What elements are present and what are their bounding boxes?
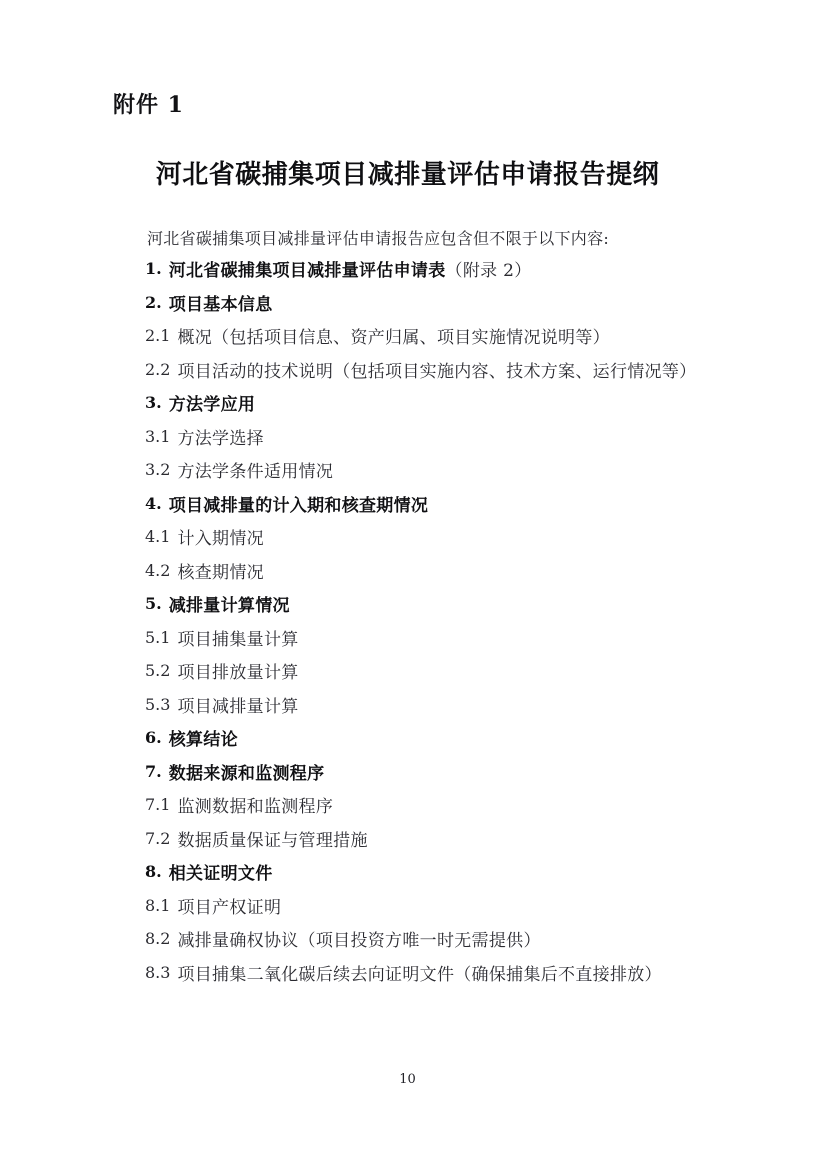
outline-item-number: 1. (145, 259, 162, 278)
outline-item-text: 方法学条件适用情况 (177, 457, 333, 482)
outline-item: 8.2 减排量确权协议（项目投资方唯一时无需提供） (145, 922, 755, 956)
outline-item: 5.3 项目减排量计算 (145, 688, 755, 722)
outline-item: 2.1 概况（包括项目信息、资产归属、项目实施情况说明等） (145, 319, 755, 353)
outline-list: 1. 河北省碳捕集项目减排量评估申请表 （附录 2） 2. 项目基本信息 2.1… (145, 252, 755, 989)
outline-item: 2. 项目基本信息 (145, 286, 755, 320)
outline-item-text: 相关证明文件 (169, 859, 273, 884)
outline-item-number: 5.2 (145, 661, 170, 680)
outline-item-number: 4. (145, 494, 162, 513)
outline-item: 4. 项目减排量的计入期和核查期情况 (145, 487, 755, 521)
outline-item: 5.1 项目捕集量计算 (145, 621, 755, 655)
outline-item-number: 4.2 (145, 561, 170, 580)
outline-item: 7.2 数据质量保证与管理措施 (145, 822, 755, 856)
outline-item-number: 3.2 (145, 460, 170, 479)
outline-item-text: 项目捕集量计算 (177, 625, 298, 650)
outline-item-number: 8.1 (145, 896, 170, 915)
outline-item-text: 项目活动的技术说明（包括项目实施内容、技术方案、运行情况等） (177, 357, 696, 382)
outline-item-text: 核算结论 (169, 725, 238, 750)
outline-item-text: 项目减排量的计入期和核查期情况 (169, 491, 429, 516)
outline-item: 3. 方法学应用 (145, 386, 755, 420)
outline-item-number: 8.2 (145, 929, 170, 948)
outline-item: 8.3 项目捕集二氧化碳后续去向证明文件（确保捕集后不直接排放） (145, 956, 755, 990)
outline-item: 5. 减排量计算情况 (145, 587, 755, 621)
outline-item: 7.1 监测数据和监测程序 (145, 788, 755, 822)
outline-item-text: 减排量确权协议（项目投资方唯一时无需提供） (177, 926, 540, 951)
outline-item-number: 8. (145, 862, 162, 881)
outline-item: 7. 数据来源和监测程序 (145, 755, 755, 789)
outline-item-text: 数据来源和监测程序 (169, 759, 325, 784)
outline-item-text: 数据质量保证与管理措施 (177, 826, 367, 851)
outline-item-number: 3. (145, 393, 162, 412)
outline-item-suffix: （附录 2） (446, 256, 532, 281)
attachment-label: 附件 1 (113, 88, 184, 119)
outline-item: 5.2 项目排放量计算 (145, 654, 755, 688)
outline-item-number: 2.1 (145, 326, 170, 345)
outline-item-text: 项目基本信息 (169, 290, 273, 315)
outline-item-text: 项目减排量计算 (177, 692, 298, 717)
outline-item-text: 项目捕集二氧化碳后续去向证明文件（确保捕集后不直接排放） (177, 960, 661, 985)
outline-item-number: 7.1 (145, 795, 170, 814)
outline-item-number: 2.2 (145, 360, 170, 379)
document-page: 附件 1 河北省碳捕集项目减排量评估申请报告提纲 河北省碳捕集项目减排量评估申请… (0, 0, 815, 1167)
outline-item: 4.1 计入期情况 (145, 520, 755, 554)
outline-item-number: 7. (145, 762, 162, 781)
outline-item: 4.2 核查期情况 (145, 554, 755, 588)
outline-item-text: 项目排放量计算 (177, 658, 298, 683)
outline-item-text: 方法学应用 (169, 390, 256, 415)
outline-item-text: 减排量计算情况 (169, 591, 290, 616)
outline-item-text: 计入期情况 (177, 524, 264, 549)
intro-paragraph: 河北省碳捕集项目减排量评估申请报告应包含但不限于以下内容: (147, 226, 609, 249)
outline-item: 2.2 项目活动的技术说明（包括项目实施内容、技术方案、运行情况等） (145, 353, 755, 387)
outline-item-text: 河北省碳捕集项目减排量评估申请表 (169, 256, 446, 281)
outline-item-number: 2. (145, 293, 162, 312)
outline-item-number: 3.1 (145, 427, 170, 446)
outline-item-number: 5. (145, 594, 162, 613)
outline-item-number: 7.2 (145, 829, 170, 848)
outline-item-text: 概况（包括项目信息、资产归属、项目实施情况说明等） (177, 323, 610, 348)
outline-item: 3.2 方法学条件适用情况 (145, 453, 755, 487)
outline-item: 3.1 方法学选择 (145, 420, 755, 454)
outline-item-text: 项目产权证明 (177, 893, 281, 918)
outline-item: 6. 核算结论 (145, 721, 755, 755)
outline-item-text: 核查期情况 (177, 558, 264, 583)
outline-item-number: 6. (145, 728, 162, 747)
outline-item: 8.1 项目产权证明 (145, 889, 755, 923)
outline-item-text: 方法学选择 (177, 424, 264, 449)
outline-item-text: 监测数据和监测程序 (177, 792, 333, 817)
outline-item-number: 5.1 (145, 628, 170, 647)
page-number: 10 (0, 1072, 815, 1087)
outline-item-number: 4.1 (145, 527, 170, 546)
outline-item: 1. 河北省碳捕集项目减排量评估申请表 （附录 2） (145, 252, 755, 286)
outline-item-number: 8.3 (145, 963, 170, 982)
outline-item: 8. 相关证明文件 (145, 855, 755, 889)
document-title: 河北省碳捕集项目减排量评估申请报告提纲 (0, 154, 815, 191)
outline-item-number: 5.3 (145, 695, 170, 714)
